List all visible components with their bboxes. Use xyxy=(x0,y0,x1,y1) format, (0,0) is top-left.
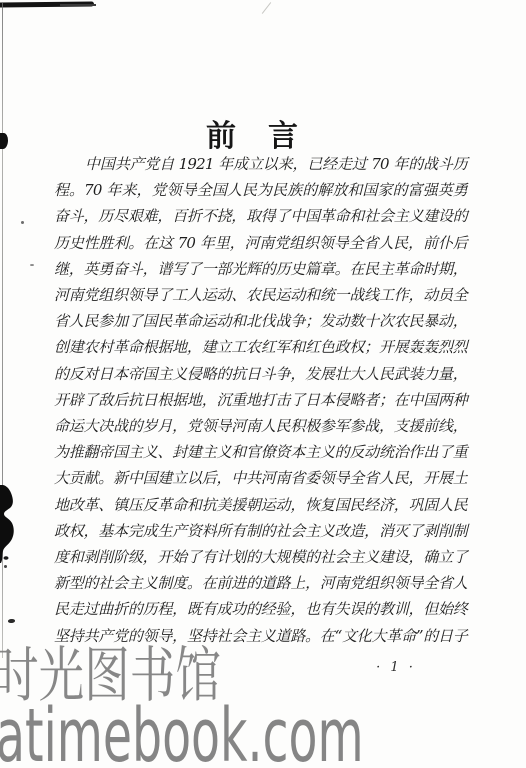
text-line: 历史性胜利。在这 70 年里，河南党组织领导全省人民，前仆后 xyxy=(54,230,467,256)
text-line: 为推翻帝国主义、封建主义和官僚资本主义的反动统治作出了重 xyxy=(54,439,467,465)
text-line: 度和剥削阶级，开始了有计划的大规模的社会主义建设，确立了 xyxy=(54,544,467,570)
text-line: 奋斗，历尽艰难，百折不挠，取得了中国革命和社会主义建设的 xyxy=(54,203,467,229)
text-line: 创建农村革命根据地，建立工农红军和红色政权；开展轰轰烈烈 xyxy=(54,334,467,360)
scan-artifact-top-scratch xyxy=(262,2,271,14)
page-title: 前 言 xyxy=(54,119,467,155)
scan-artifact-speck xyxy=(21,221,24,224)
scan-artifact-ink-blob xyxy=(0,485,18,563)
watermark-site-url: atimebook.com xyxy=(0,699,364,768)
text-line: 地改革、镇压反革命和抗美援朝运动，恢复国民经济，巩固人民 xyxy=(54,492,467,518)
book-page: 前 言 中国共产党自 1921 年成立以来，已经走过 70 年的战斗历程。70 … xyxy=(0,0,526,768)
text-line: 大贡献。新中国建立以后，中共河南省委领导全省人民，开展土 xyxy=(54,465,467,491)
text-line: 民走过曲折的历程，既有成功的经验，也有失误的教训，但始终 xyxy=(54,596,467,622)
text-line: 新型的社会主义制度。在前进的道路上，河南党组织领导全省人 xyxy=(54,570,467,596)
scan-artifact-speck xyxy=(8,619,15,623)
text-line: 的反对日本帝国主义侵略的抗日斗争，发展壮大人民武装力量， xyxy=(54,361,467,387)
scan-artifact-top-streak-tail xyxy=(60,4,96,6)
page-number: · 1 · xyxy=(366,660,426,675)
ink-blob-shape xyxy=(0,485,18,563)
text-line: 河南党组织领导了工人运动、农民运动和统一战线工作，动员全 xyxy=(54,282,467,308)
scan-artifact-left-edge-line xyxy=(2,3,3,658)
scan-artifact-left-hook xyxy=(0,133,8,149)
scan-artifact-speck xyxy=(4,565,7,568)
scan-artifact-top-streak xyxy=(0,2,94,8)
scan-artifact-speck xyxy=(30,264,34,266)
text-line: 开辟了敌后抗日根据地，沉重地打击了日本侵略者；在中国两种 xyxy=(54,387,467,413)
text-line: 命运大决战的岁月，党领导河南人民积极参军参战，支援前线， xyxy=(54,413,467,439)
text-line: 省人民参加了国民革命运动和北伐战争；发动数十次农民暴动， xyxy=(54,308,467,334)
text-line: 政权，基本完成生产资料所有制的社会主义改造，消灭了剥削制 xyxy=(54,518,467,544)
preface-body: 中国共产党自 1921 年成立以来，已经走过 70 年的战斗历程。70 年来，党… xyxy=(54,151,467,649)
text-line: 程。70 年来，党领导全国人民为民族的解放和国家的富强英勇 xyxy=(54,177,467,203)
text-line: 中国共产党自 1921 年成立以来，已经走过 70 年的战斗历 xyxy=(54,151,467,177)
text-line: 继，英勇奋斗，谱写了一部光辉的历史篇章。在民主革命时期， xyxy=(54,256,467,282)
